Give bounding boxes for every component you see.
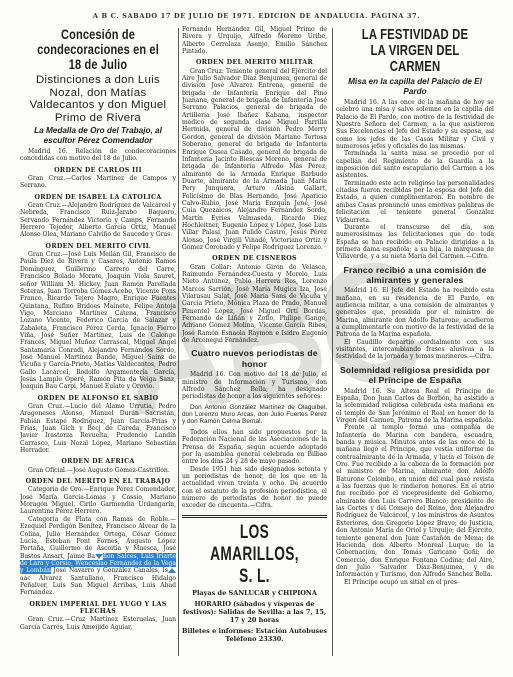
ad-schedule: HORARIO (sábados y vísperas de festivos)… (182, 600, 327, 624)
plata-text-after: José Navarro y González Canales, Is (51, 567, 168, 574)
advertisement-los-amarillos: LOS AMARILLOS, S. L. Playas de SANLUCAR … (182, 515, 327, 643)
section-title: ORDEN IMPERIAL DEL YUGO Y LAS FLECHAS (20, 601, 176, 616)
section-text: Gran Cruz.—José Luis Meilán Gil, Francis… (20, 251, 176, 391)
column-virgen-del-carmen: LA FESTIVIDAD DE LA VIRGEN DEL CARMEN Mi… (336, 26, 494, 666)
section-text: Gran Collar: Antonio Girón de Velasco, R… (182, 264, 327, 345)
ad-company-name: LOS AMARILLOS, S. L. (202, 522, 306, 588)
section-text: Gran Cruz: Teniente general del Ejército… (182, 68, 327, 252)
section-text: Gran Cruz.—Cruz Martínez Esteruelas, Jua… (20, 616, 176, 631)
selection-end-handle[interactable] (168, 568, 176, 573)
section-title: ORDEN DE AFRICA (20, 458, 176, 465)
section-title: ORDEN DE CISNEROS (182, 255, 327, 262)
section-text: Gran Cruz.—Alejandro Rodríguez de Valcár… (20, 202, 176, 239)
page-masthead: A B C. SABADO 17 DE JULIO DE 1971. EDICI… (0, 12, 513, 20)
headline-festividad: LA FESTIVIDAD DE LA VIRGEN DEL CARMEN (353, 27, 476, 75)
article-paragraph: Madrid 16. A las once de la mañana de ho… (336, 99, 494, 150)
selection-start-handle[interactable] (95, 554, 103, 559)
ad-tickets: Billetes e informes: Estación Autobuses (182, 627, 327, 635)
periodistas-p3: Todos ellos han sido propuestos por la F… (182, 429, 327, 466)
section-text: Gran Cruz.—Lucio del Alamo Urrutia, Pedr… (20, 403, 176, 454)
headline-franco: Franco recibió a una comisión de almiran… (336, 265, 494, 286)
kicker-medalla: La Medalla de Oro del Trabajo, al escult… (20, 126, 176, 146)
column-divider (332, 28, 333, 656)
article-paragraph: Terminada la santa misa se procedió por … (336, 150, 494, 179)
column-condecoraciones: Concesión de condecoraciones en el 18 de… (20, 26, 176, 666)
article-paragraph: Madrid 16. El Jefe del Estado ha recibid… (336, 287, 494, 338)
section-title: ORDEN DEL MERITO EN EL TRABAJO (20, 478, 176, 485)
column-ordenes: Fernando Hernández Gil, Miguel Primo de … (182, 26, 327, 666)
continuation-text: Fernando Hernández Gil, Miguel Primo de … (182, 26, 327, 55)
article-paragraph: El Caudillo departió cordialmente con su… (336, 339, 494, 361)
article-intro: Madrid 16. Relación de condecoraciones c… (20, 148, 176, 163)
section-text: Categoría de Oro.—Enrique Pérez Comendad… (20, 486, 176, 515)
headline-condecoraciones: Concesión de condecoraciones en el 18 de… (34, 27, 162, 72)
section-text: Gran Cruz.—Carlos Martínez de Campos y S… (20, 175, 176, 190)
column-divider (178, 28, 179, 656)
ad-phone: Teléfono 23330. (182, 635, 327, 643)
periodistas-names: Don Antonio González Martínez de Olaguíb… (182, 404, 327, 426)
periodistas-p4: Desde 1951 han sido designados setenta y… (182, 466, 327, 510)
periodistas-p1: Madrid 16. Con motivo del 18 de Julio, e… (182, 371, 327, 400)
plata-text-after-2: aac Alvarez Santullano, Francisco Hidalg… (20, 575, 176, 597)
section-title: ORDEN DEL MERITO CIVIL (20, 243, 176, 250)
headline-periodistas: Cuatro nuevos periodistas de honor (182, 348, 327, 369)
section-title: ORDEN DE ALFONSO EL SABIO (20, 395, 176, 402)
section-title: ORDEN DEL MERITO MILITAR (182, 59, 327, 66)
section-title: ORDEN DE CARLOS III (20, 167, 176, 174)
plata-paragraph[interactable]: Categoría de Plata con Ramas de Roble.—E… (20, 516, 176, 597)
kicker-misa: Misa en la capilla del Palacio de El Par… (336, 77, 494, 97)
ad-beaches: Playas de SANLUCAR y CHIPIONA (182, 589, 327, 597)
article-paragraph: Durante el transcurso del día, son numer… (336, 224, 494, 261)
article-paragraph: Madrid 16. Su Alteza Real el Príncipe de… (336, 388, 494, 425)
subhead-distinciones: Distinciones a don Luis Nozal, don Matía… (20, 74, 176, 124)
section-title: ORDEN DE ISABEL LA CATOLICA (20, 194, 176, 201)
article-paragraph: Frente al templo formó una compañía de I… (336, 424, 494, 578)
article-paragraph: El Príncipe ocupó un sitial en el pres- (336, 579, 494, 586)
section-text: Gran Oficial.—José Augusto Gómez-Castril… (20, 467, 176, 474)
article-paragraph: Terminado este acto religioso las person… (336, 180, 494, 224)
headline-solemnidad: Solemnidad religiosa presidida por el Pr… (336, 365, 494, 386)
